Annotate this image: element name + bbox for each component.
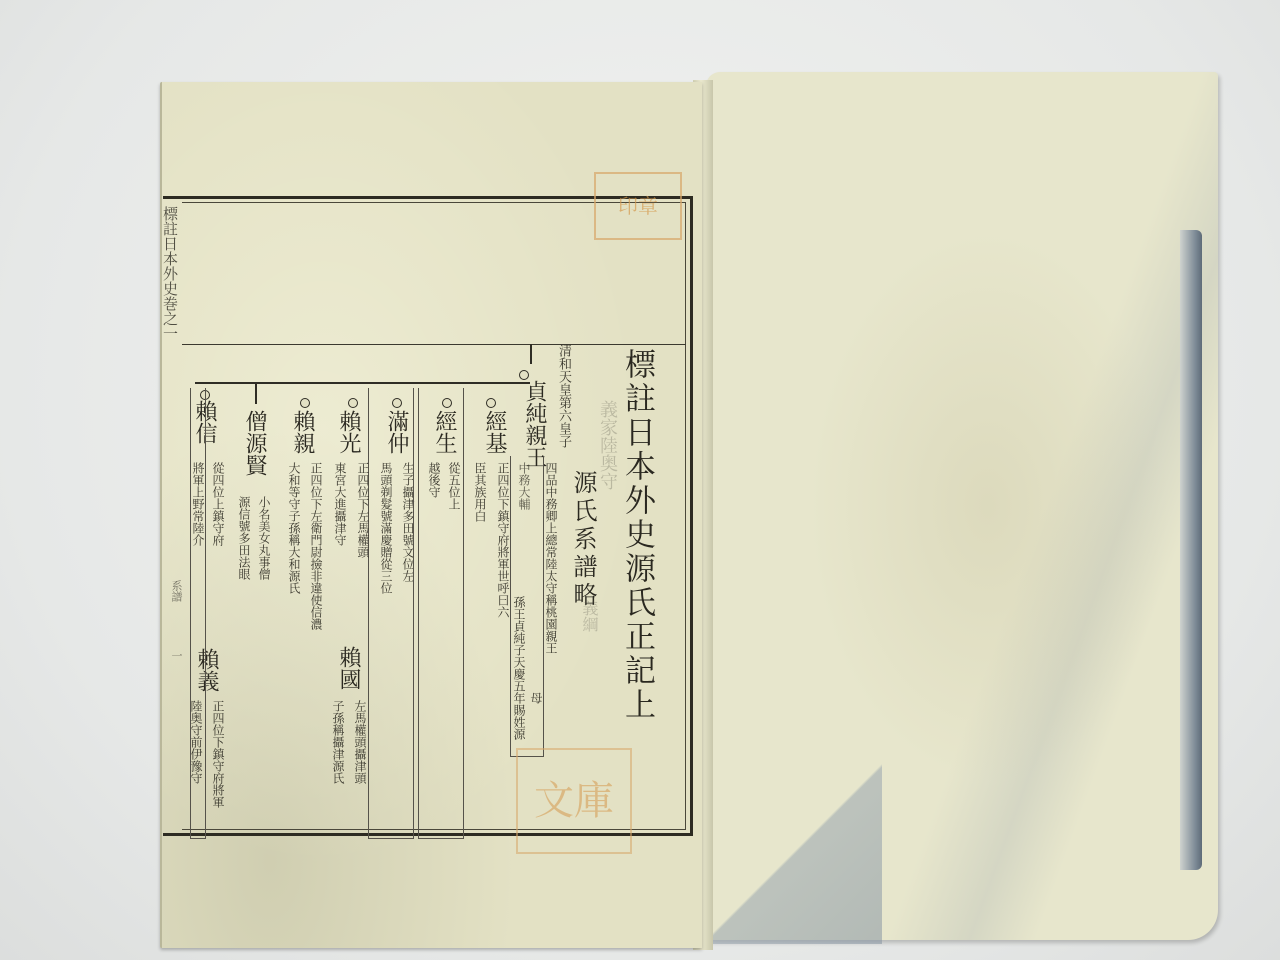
- node-ring-icon: [348, 398, 358, 408]
- spine-section: 系譜: [168, 580, 184, 602]
- person-note: 左馬權頭攝津頭: [352, 700, 367, 784]
- genealogy-heading: 源氏系譜略: [566, 470, 601, 610]
- node-ring-icon: [486, 398, 496, 408]
- person-name: 僧源賢: [242, 410, 266, 476]
- page-title: 標註日本外史源氏正記上: [620, 348, 654, 722]
- show-through-text: 義綱: [582, 600, 597, 632]
- node-ring-icon: [519, 370, 529, 380]
- person-note: 從四位上鎮守府: [210, 462, 225, 546]
- seal-stamp-top: 印章: [594, 172, 682, 240]
- blue-cover-edge: [1180, 230, 1202, 870]
- person-note: 正四位下左衛門尉撿非違使信濃: [308, 462, 323, 630]
- person-note: 東宮大進攝津守: [332, 462, 347, 546]
- tree-branch-line: [195, 382, 495, 384]
- show-through-text: 義家陸奥守: [600, 400, 615, 490]
- person-note: 小名美女丸事僧: [256, 496, 271, 580]
- person-note: 四品中務卿上總常陸太守稱桃園親王: [543, 462, 558, 654]
- spine-margin: 標註日本外史巻之一: [166, 206, 180, 341]
- left-rule: [190, 388, 206, 839]
- person-name: 經基: [482, 410, 506, 454]
- folded-corner: [712, 760, 882, 944]
- person-note: 正四位下左馬權頭: [355, 462, 370, 558]
- tree-branch-drop: [255, 382, 257, 404]
- person-name: 貞純親王: [522, 380, 546, 468]
- seal-stamp-bottom: 文庫: [516, 748, 632, 854]
- tree-stem: [530, 344, 532, 364]
- person-note: 中務大輔: [516, 462, 531, 510]
- person-note: 臣其族用白: [472, 462, 487, 522]
- person-name: 賴光: [336, 410, 360, 454]
- person-note: 孫王貞純子天慶五年賜姓源: [511, 596, 526, 740]
- person-note: 源信號多田法眼: [236, 496, 251, 580]
- person-name: 賴親: [290, 410, 314, 454]
- person-note: 正四位下鎮守府將軍: [210, 700, 225, 808]
- branch-column-box: [418, 388, 464, 839]
- branch-column-box: [368, 388, 414, 839]
- node-ring-icon: [300, 398, 310, 408]
- note-above: 清和天皇第六皇子: [556, 344, 571, 448]
- person-note: 大和等守子孫稱大和源氏: [286, 462, 301, 594]
- person-name: 賴國: [336, 646, 360, 690]
- person-note: 子孫稱攝津源氏: [330, 700, 345, 784]
- spine-page-number: 一: [168, 650, 184, 661]
- spine-title: 標註日本外史巻之一: [160, 206, 180, 341]
- person-note: 正四位下鎮守府將軍世呼曰六: [495, 462, 510, 618]
